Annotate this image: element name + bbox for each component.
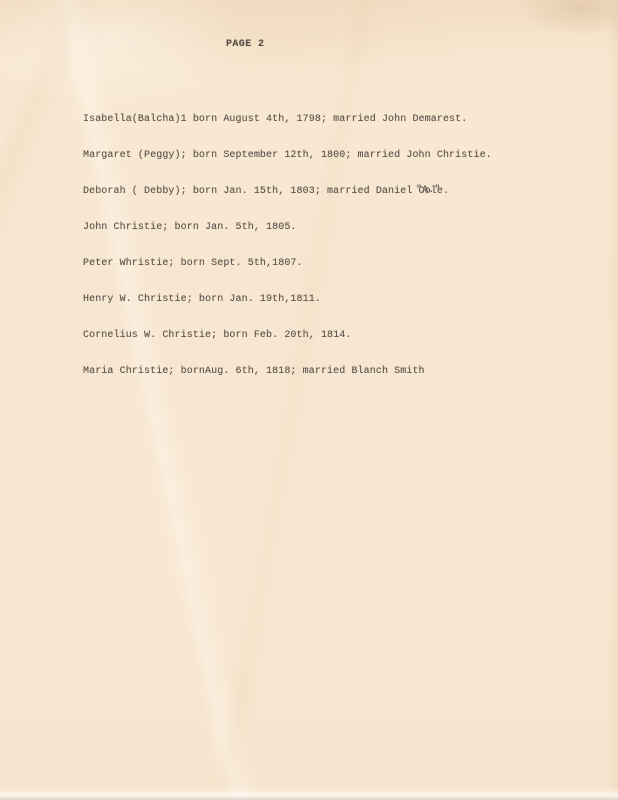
record-line: Cornelius W. Christie; born Feb. 20th, 1… (83, 330, 492, 342)
record-line: Maria Christie; bornAug. 6th, 1818; marr… (83, 366, 492, 378)
page-bottom-edge (0, 786, 618, 800)
record-line: Isabella(Balcha)1 born August 4th, 1798;… (83, 114, 492, 126)
record-line: Peter Whristie; born Sept. 5th,1807. (83, 258, 492, 270)
scanned-page: PAGE 2 Isabella(Balcha)1 born August 4th… (0, 0, 618, 800)
record-line: Margaret (Peggy); born September 12th, 1… (83, 150, 492, 162)
page-title: PAGE 2 (226, 39, 264, 50)
record-line: John Christie; born Jan. 5th, 1805. (83, 222, 492, 234)
genealogy-record-list: Isabella(Balcha)1 born August 4th, 1798;… (83, 90, 492, 402)
handwritten-annotation: "A." (416, 185, 440, 196)
page-right-edge-shading (608, 0, 618, 800)
record-line: Henry W. Christie; born Jan. 19th,1811. (83, 294, 492, 306)
